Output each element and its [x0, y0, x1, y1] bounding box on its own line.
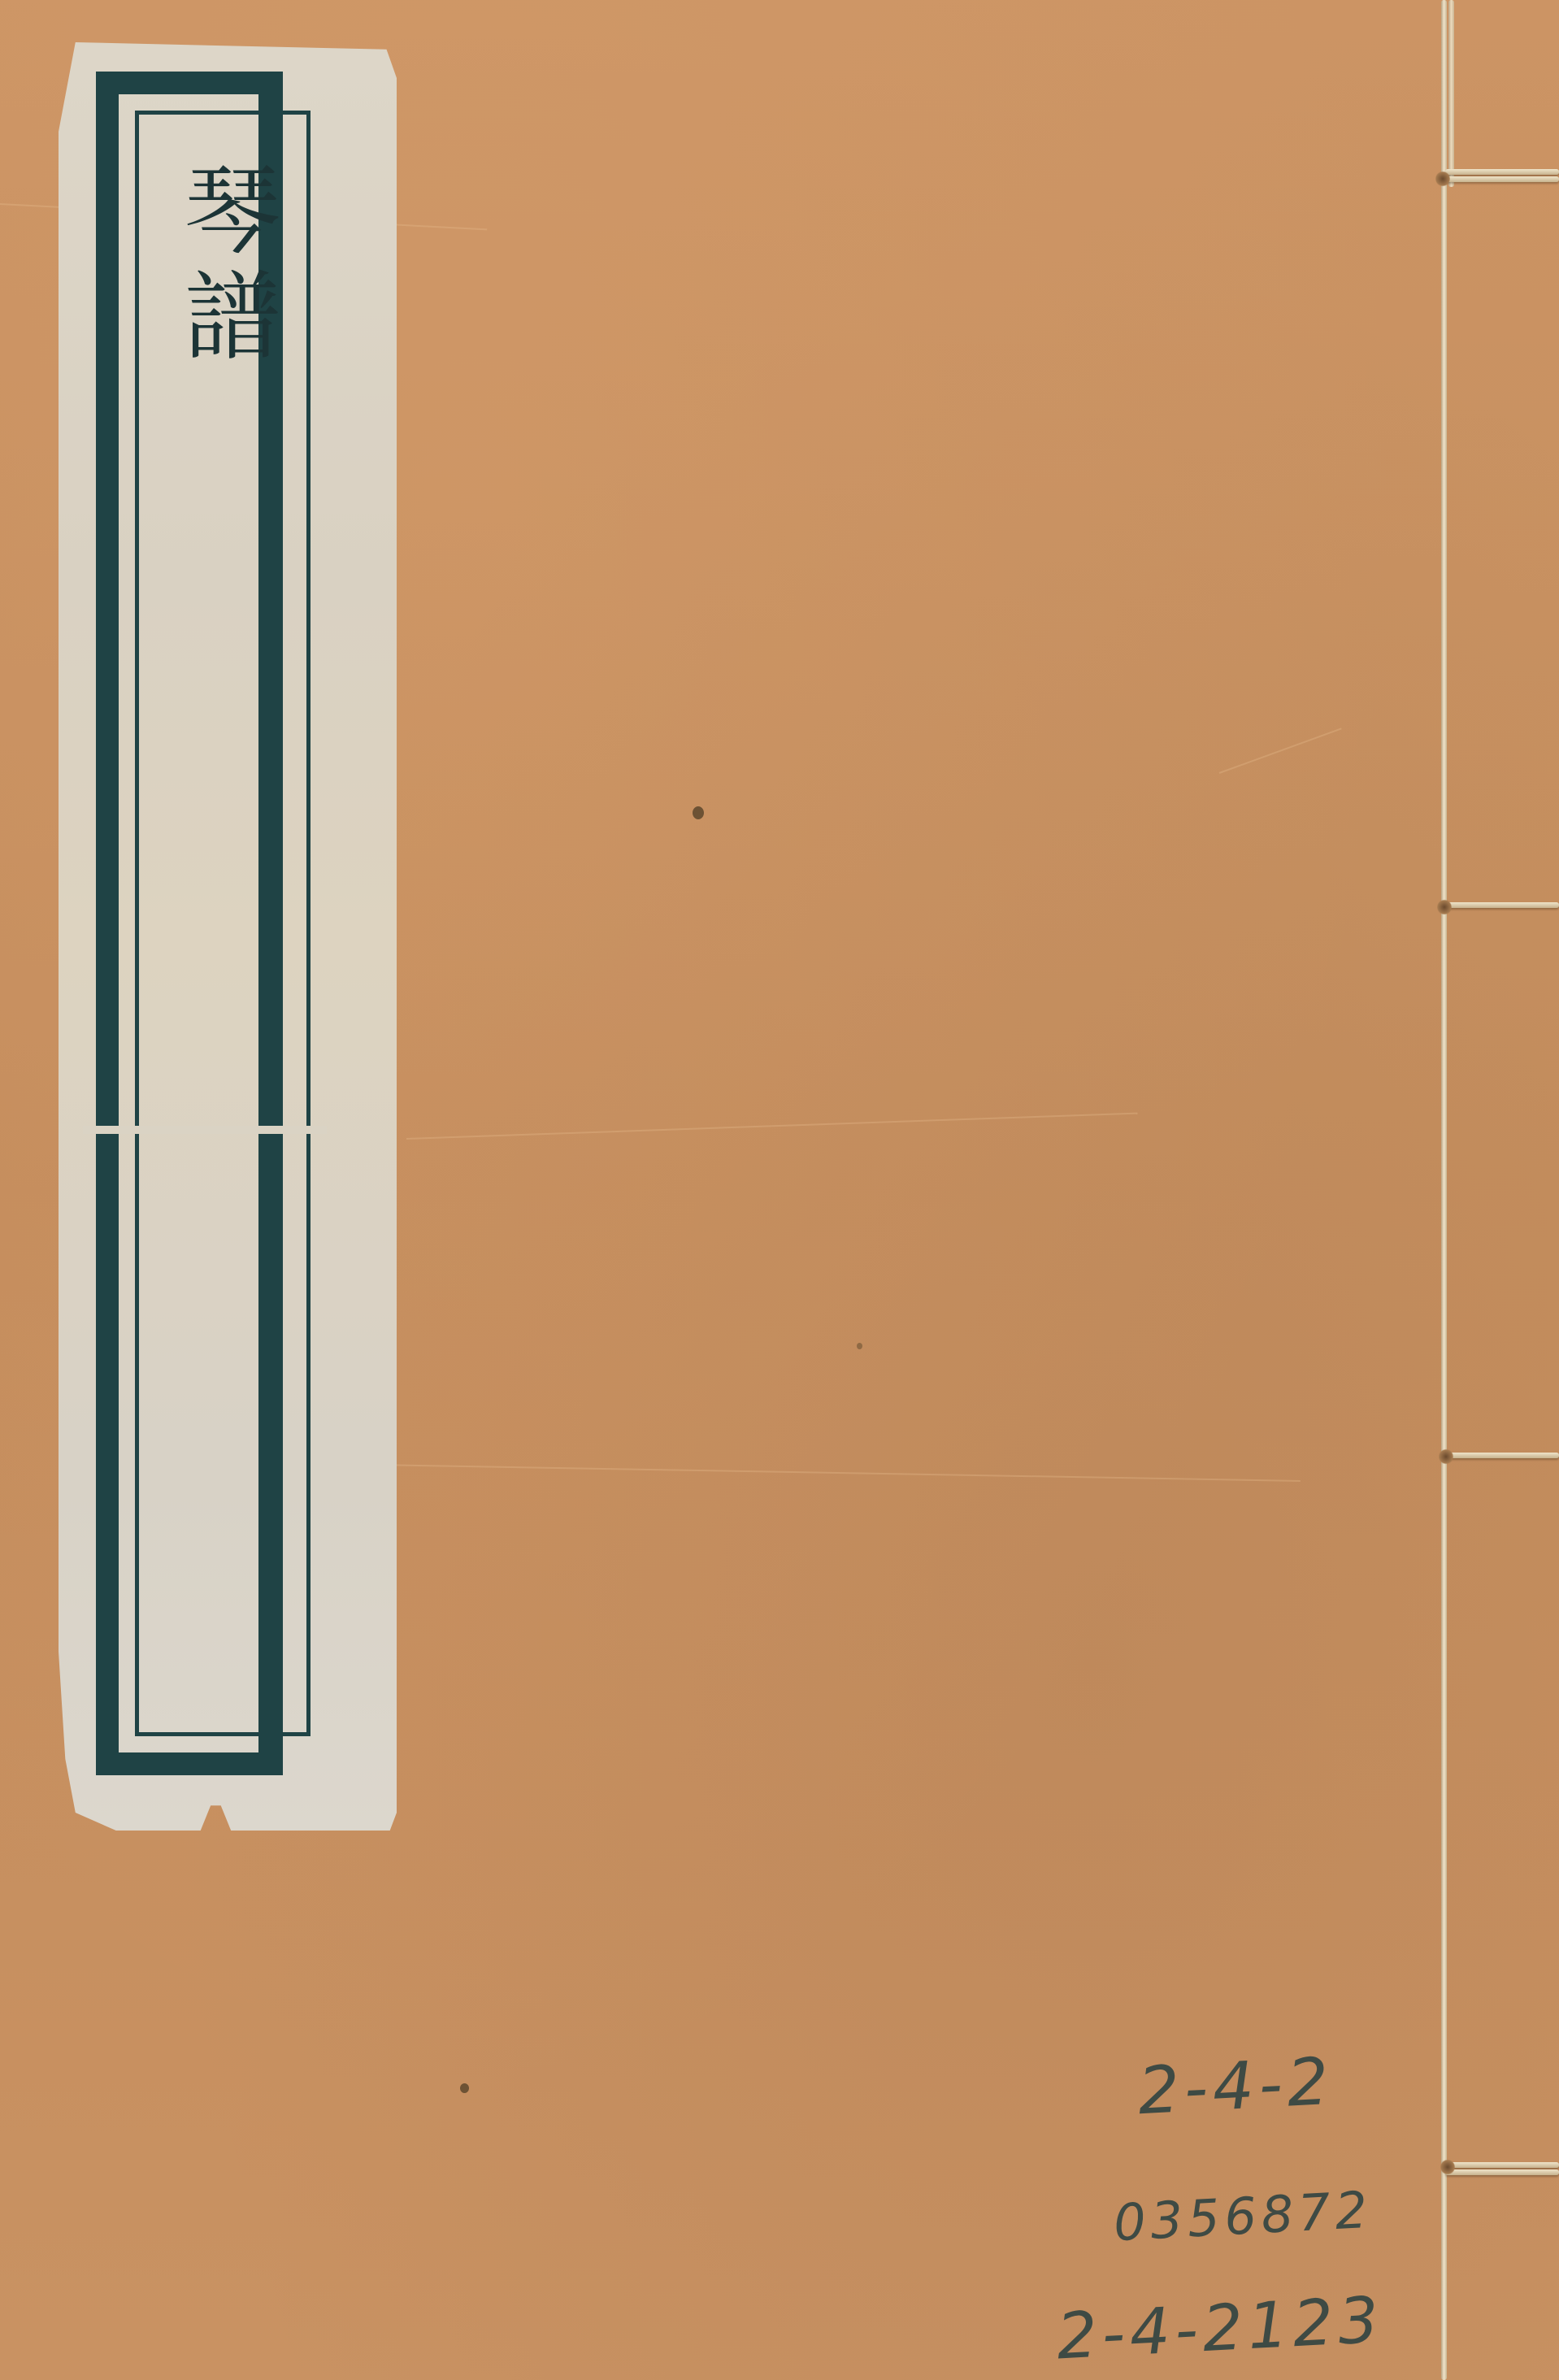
binding-stitch: [1445, 1453, 1559, 1458]
binding-thread: [1448, 0, 1454, 187]
frame-break: [83, 1126, 327, 1134]
binding-knot: [1437, 899, 1452, 915]
binding-stitch: [1445, 902, 1559, 908]
paper-crease: [406, 1113, 1138, 1140]
ink-spot: [857, 1343, 862, 1349]
binding-knot: [1435, 171, 1450, 187]
ink-spot: [693, 806, 704, 819]
binding-thread: [1441, 0, 1447, 2380]
binding-knot: [1439, 1448, 1453, 1465]
ink-spot: [460, 2083, 469, 2093]
binding-stitch: [1445, 2162, 1559, 2168]
title-slip: 琴譜: [59, 42, 397, 1831]
binding-stitch: [1445, 169, 1559, 175]
binding-knot: [1440, 2159, 1455, 2175]
paper-crease: [325, 1463, 1301, 1482]
paper-crease: [1219, 727, 1342, 774]
book-title: 琴譜: [167, 160, 281, 371]
catalogue-number: 2-4-2: [1136, 2043, 1335, 2129]
